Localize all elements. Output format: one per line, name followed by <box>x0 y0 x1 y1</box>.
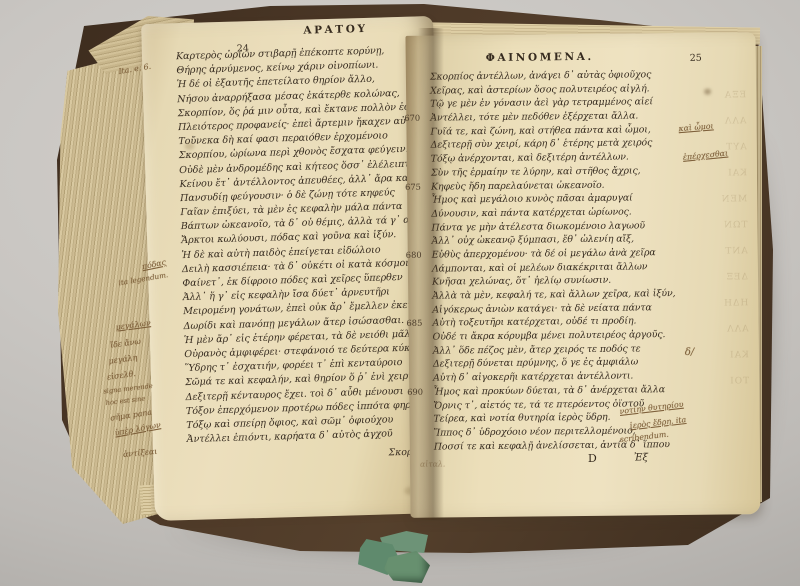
right-page: ΦΑΙΝΟΜΕΝΑ. 25 Σκορπίος ἀντέλλων, ἀνάγει … <box>405 32 760 518</box>
line-number: 670 <box>404 113 430 123</box>
greek-verse: Ἀλλ᾽ οὐχ ὠκεανῷ ξύμπασι, ἔθ᾽ ὠλενίη αἴξ, <box>432 234 634 247</box>
greek-verse: Λάμπονται, καὶ οἱ μελέων διακέκριται ἄλλ… <box>432 261 648 274</box>
greek-verse: Σὺν τῆς ἑρμαίην τε λύρην, καὶ στῆθος ἄχρ… <box>431 165 641 178</box>
greek-verse: Αὐτὴ τοξευτῆρι κατέρχεται, οὐδέ τι προδί… <box>432 316 636 329</box>
greek-verse: Τῷ γε μὲν ἐν γόνασιν ἀεὶ γὰρ τετραμμένος… <box>430 97 653 110</box>
greek-verse: Δεξιτερῇ δύνεται πρύμνης, ὅ γε ἐς ἀμφιάλ… <box>433 357 638 370</box>
greek-verse: Κνῆσαι χελώνας, ὅτ᾽ ἠελίῳ συνίωσιν. <box>432 275 611 288</box>
showthrough-fragment: ΕΞΑ <box>706 90 746 100</box>
gathering-signature: D <box>588 452 597 465</box>
showthrough-fragment: ΑΝΤ <box>708 246 748 256</box>
line-number: 680 <box>406 250 432 260</box>
greek-verse: Ἵππος δ᾽ ὑδροχόοιο νέον περιτελλομένοιο, <box>434 425 636 438</box>
showthrough-fragment: ΤΟΙ <box>709 376 749 386</box>
greek-verse: Ἀλλὰ τὰ μὲν, κεφαλή τε, καὶ ἄλλων χεῖρα,… <box>432 288 675 302</box>
showthrough-fragment: ΤΩΝ <box>707 220 747 230</box>
greek-verse: Δύνουσιν, καὶ πάντα κατέρχεται ὠρίωνος. <box>431 206 631 219</box>
running-header: ΦΑΙΝΟΜΕΝΑ. <box>486 51 594 64</box>
showthrough-fragment: ΗΔΗ <box>708 298 748 308</box>
greek-verse: Γυῖά τε, καὶ ζώνη, καὶ στήθεα πάντα καὶ … <box>430 124 650 137</box>
greek-verse: Κηφεὺς ἤδη παρελαύνεται ὠκεανοῖο. <box>431 179 605 192</box>
page-number: 25 <box>690 53 702 64</box>
catchword: Ἐξ <box>634 452 648 463</box>
greek-verse: Τόξῳ ἀνέρχονται, καὶ δεξιτέρη ἀντέλλων. <box>431 152 629 165</box>
greek-verse: Αὐτὴ δ᾽ αἰγοκερῆι κατέρχεται ἀντέλλοντι. <box>433 371 633 384</box>
handwritten-note: ἀντίξεαι <box>123 447 158 459</box>
book-photograph: 24 ΑΡΑΤΟΥ Καρτερὸς ὠρίων στιβαρῇ ἐπέκοπτ… <box>0 0 800 586</box>
greek-verse: Χεῖρας, καὶ ἀστερίων ὅσος πολυτειρέος αἰ… <box>430 83 650 96</box>
showthrough-fragment: ΔΕΞ <box>708 272 748 282</box>
greek-verse: Πάντα γε μὴν ἀτέλεστα διωκομένοιο λαγωοῦ <box>431 220 645 233</box>
handwritten-note: δ/ <box>685 347 695 358</box>
greek-verse: Οὐδέ τι ἄκρα κόρυμβα μένει πολυτειρέος ἀ… <box>433 329 666 342</box>
greek-verse: Αἰγόκερως ἀνιὼν κατάγει· τὰ δὲ νείατα πά… <box>432 302 651 315</box>
ribbon-bookmark <box>352 531 442 586</box>
greek-verse: Εὐθὺς ἀπερχομένου· τὰ δέ οἱ μεγάλω ἀνὰ χ… <box>432 247 656 260</box>
showthrough-fragment: ΑΛΛ <box>709 324 749 334</box>
running-header: ΑΡΑΤΟΥ <box>303 23 368 37</box>
greek-verse: Ἀντέλλει, τότε μὲν πεδόθεν ἐξέρχεται ἄλλ… <box>430 110 638 123</box>
text-line: Ποσσί τε καὶ κεφαλῇ ἀνελίσσεται, ἀντία δ… <box>408 438 726 455</box>
showthrough-fragment: ΜΕΝ <box>707 194 747 204</box>
handwritten-note: αἰταλ. <box>420 459 445 468</box>
greek-verse: Τείρεα, καὶ νοτία θυτηρία ἱερὸς ὕδρη. <box>433 412 610 425</box>
left-page-verses: Καρτερὸς ὠρίων στιβαρῇ ἐπέκοπτε κορύνῃ,Θ… <box>176 44 441 448</box>
line-number: 675 <box>405 181 431 191</box>
greek-verse: Δεξιτερῇ σὺν χειρί, κάρη δ᾽ ἑτέρης μετὰ … <box>431 138 653 151</box>
greek-verse: Σκορπίος ἀντέλλων, ἀνάγει δ᾽ αὐτὰς ὀφιοῦ… <box>430 69 651 82</box>
greek-verse: Ἦμος καὶ προκύων δύεται, τὰ δ᾽ ἀνέρχεται… <box>433 384 665 397</box>
showthrough-fragment: ΚΑΙ <box>707 168 747 178</box>
showthrough-fragment: ΚΑΙ <box>709 350 749 360</box>
greek-verse: Ἀλλ᾽ ὅδε πέζος μὲν, ἄτερ χειρός τε ποδός… <box>433 343 641 356</box>
greek-verse: Ὄρνις τ᾽, αἰετός τε, τά τε πτερόεντος ὀϊ… <box>433 398 644 411</box>
foxing-stain <box>704 89 711 95</box>
line-number: 685 <box>406 318 432 328</box>
showthrough-text: ΕΞΑΑΛΛΑΥΤΚΑΙΜΕΝΤΩΝΑΝΤΔΕΞΗΔΗΑΛΛΚΑΙΤΟΙ <box>706 90 749 386</box>
left-page: 24 ΑΡΑΤΟΥ Καρτερὸς ὠρίων στιβαρῇ ἐπέκοπτ… <box>141 16 447 521</box>
line-number: 690 <box>407 386 433 396</box>
greek-verse: Ἦμος καὶ μεγάλοιο κυνὸς πᾶσαι ἀμαρυγαί <box>431 193 633 206</box>
